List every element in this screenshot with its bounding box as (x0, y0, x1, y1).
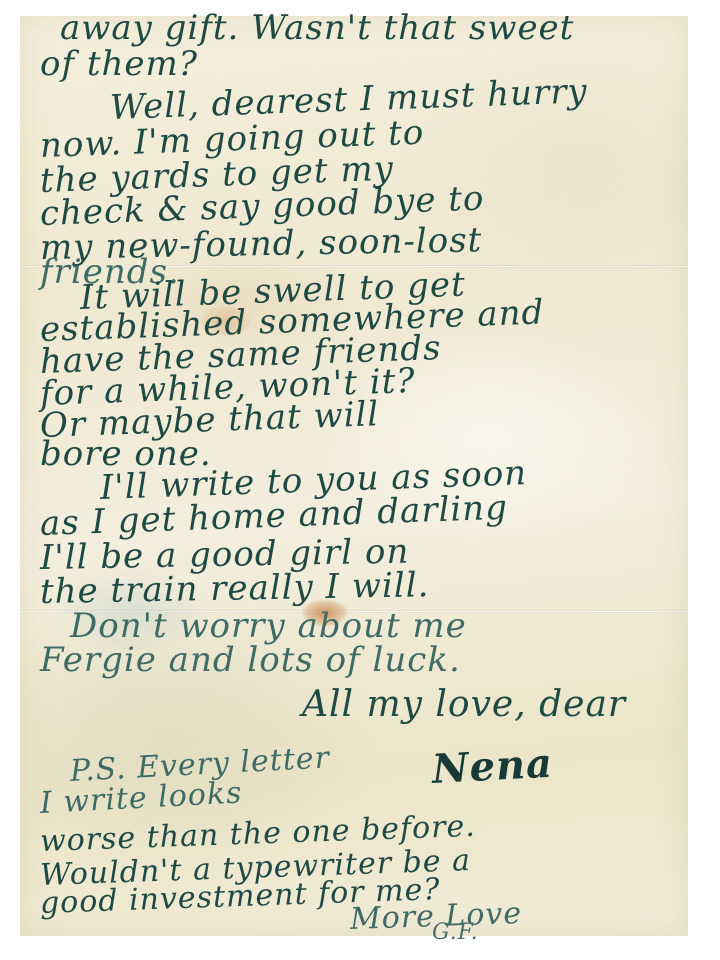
body-line: the train really I will. (40, 565, 430, 612)
signature: Nena (431, 740, 554, 793)
valediction: All my love, dear (302, 684, 626, 725)
body-line: Fergie and lots of luck. (40, 640, 461, 680)
body-line: away gift. Wasn't that sweet (60, 8, 574, 48)
body-line: of them? (40, 44, 198, 84)
letter-page: away gift. Wasn't that sweet of them? We… (20, 16, 688, 936)
annotation-initials: G.F. (432, 920, 479, 945)
